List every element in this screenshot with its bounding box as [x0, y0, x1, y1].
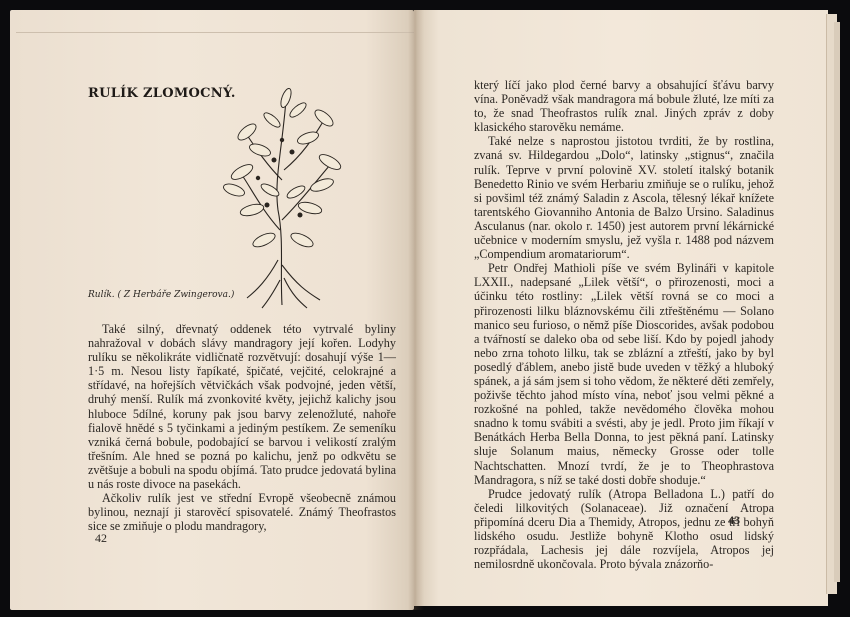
illustration-caption: Rulík. ( Z Herbáře Zwingerova.)	[88, 290, 234, 300]
belladonna-illustration-icon	[212, 80, 352, 310]
left-page-body: Také silný, dřevnatý oddenek této vytrva…	[88, 322, 396, 533]
paragraph: Také nelze s naprostou jistotou tvrditi,…	[474, 134, 774, 261]
paragraph: Také silný, dřevnatý oddenek této vytrva…	[88, 322, 396, 491]
page-number-right: 43	[728, 513, 740, 528]
page-fold-line	[16, 18, 414, 33]
paragraph: Petr Ondřej Mathioli píše ve svém Byliná…	[474, 261, 774, 487]
paragraph: který líčí jako plod černé barvy a obsah…	[474, 78, 774, 134]
paragraph: Ačkoliv rulík jest ve střední Evropě vše…	[88, 491, 396, 533]
page-edges-back	[834, 22, 840, 582]
paragraph: Prudce jedovatý rulík (Atropa Belladona …	[474, 487, 774, 572]
page-number-left: 42	[95, 531, 107, 546]
right-page-body: který líčí jako plod černé barvy a obsah…	[474, 78, 774, 571]
book-gutter	[408, 10, 424, 610]
open-book: RULÍK ZLOMOCNÝ.	[0, 0, 850, 617]
